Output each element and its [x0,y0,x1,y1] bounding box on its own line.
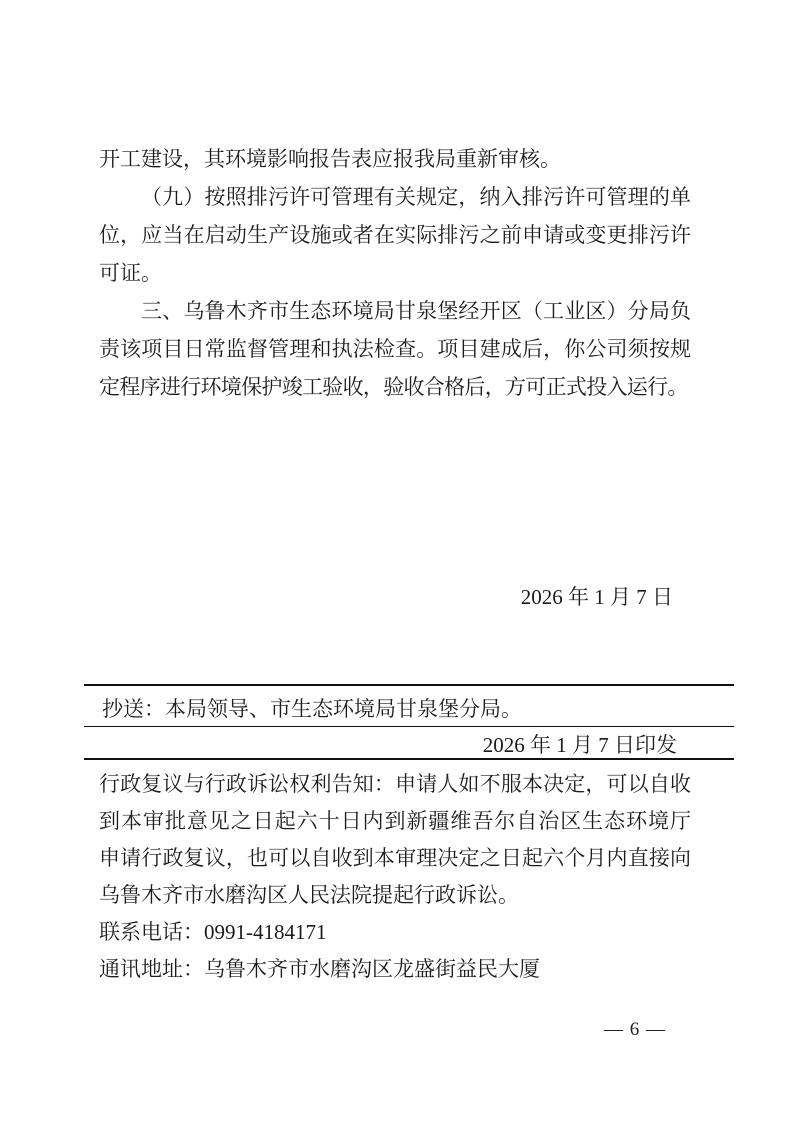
body-line: 位，应当在启动生产设施或者在实际排污之前申请或变更排污许 [99,216,691,254]
notice-line: 行政复议与行政诉讼权利告知：申请人如不服本决定，可以自收 [99,766,691,803]
notice-line: 乌鲁木齐市水磨沟区人民法院提起行政诉讼。 [99,877,691,914]
notice-line: 到本审批意见之日起六十日内到新疆维吾尔自治区生态环境厅 [99,803,691,840]
issue-date: 2026 年 1 月 7 日 [521,578,673,616]
body-line: 开工建设，其环境影响报告表应报我局重新审核。 [99,140,691,178]
body-line: 定程序进行环境保护竣工验收，验收合格后，方可正式投入运行。 [99,368,691,406]
notice-line: 申请行政复议，也可以自收到本审理决定之日起六个月内直接向 [99,840,691,877]
page-number: — 6 — [587,1016,683,1044]
print-date-line: 2026 年 1 月 7 日印发 [483,732,677,758]
body-text: 开工建设，其环境影响报告表应报我局重新审核。 （九）按照排污许可管理有关规定，纳… [99,140,691,406]
contact-phone: 联系电话：0991-4184171 [99,914,691,951]
body-line: 责该项目日常监督管理和执法检查。项目建成后，你公司须按规 [99,330,691,368]
body-line: 可证。 [99,254,691,292]
colophon-divider-bottom [84,758,734,760]
document-page: 开工建设，其环境影响报告表应报我局重新审核。 （九）按照排污许可管理有关规定，纳… [0,0,793,1122]
cc-line: 抄送：本局领导、市生态环境局甘泉堡分局。 [102,694,522,725]
colophon-divider-top [84,684,734,686]
body-line: 三、乌鲁木齐市生态环境局甘泉堡经开区（工业区）分局负 [99,292,691,330]
contact-address: 通讯地址：乌鲁木齐市水磨沟区龙盛街益民大厦 [99,951,691,988]
body-line: （九）按照排污许可管理有关规定，纳入排污许可管理的单 [99,178,691,216]
colophon-divider-middle [84,726,734,727]
appeal-notice: 行政复议与行政诉讼权利告知：申请人如不服本决定，可以自收 到本审批意见之日起六十… [99,766,691,988]
